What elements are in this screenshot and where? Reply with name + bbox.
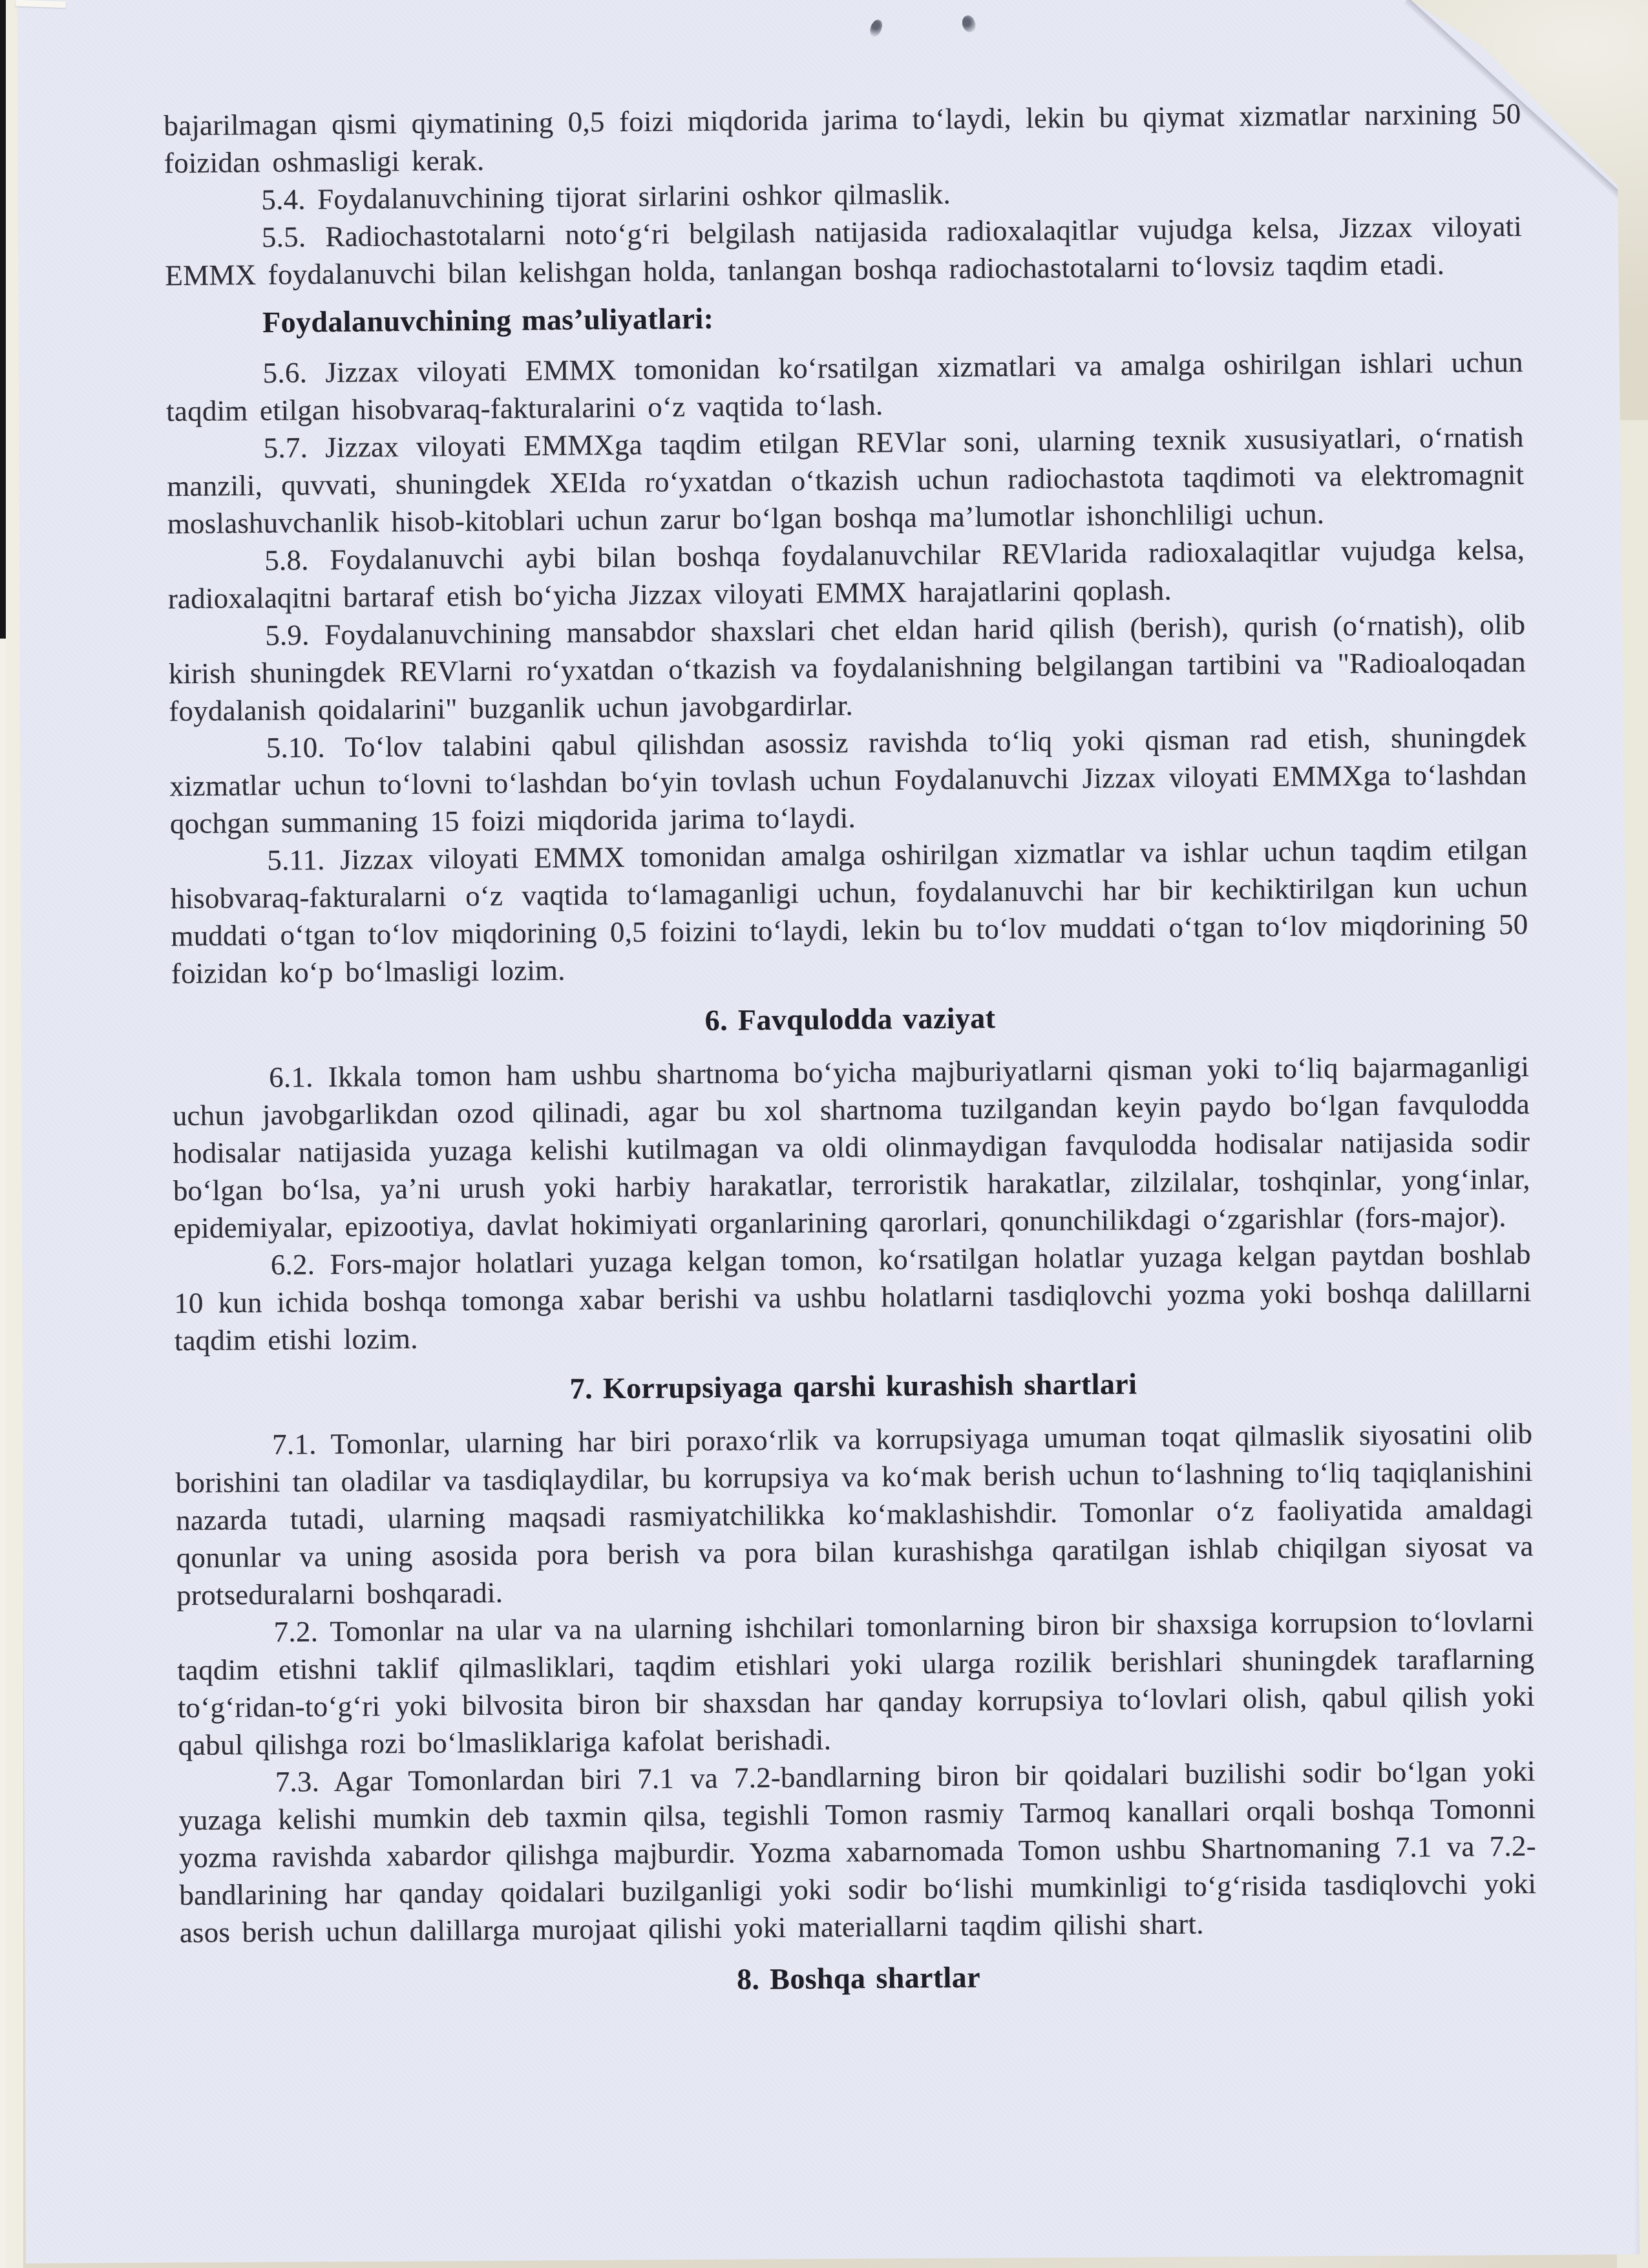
clause-7-2: 7.2. Tomonlar na ular va na ularning ish… <box>176 1602 1535 1764</box>
heading-user-responsibilities: Foydalanuvchining mas’uliyatlari: <box>165 293 1523 342</box>
clause-6-1: 6.1. Ikkala tomon ham ushbu shartnoma bo… <box>172 1048 1530 1247</box>
clause-5-11: 5.11. Jizzax viloyati EMMX tomonidan ama… <box>170 831 1528 992</box>
scanner-edge-strip <box>0 0 6 639</box>
clause-6-2: 6.2. Fors-major holatlari yuzaga kelgan … <box>174 1235 1532 1359</box>
clause-5-3-continuation: bajarilmagan qismi qiymatining 0,5 foizi… <box>164 95 1521 182</box>
clause-5-10: 5.10. To‘lov talabini qabul qilishdan as… <box>169 718 1527 842</box>
scanner-edge-strip-lower <box>0 639 6 2268</box>
clause-5-5: 5.5. Radiochastotalarni noto‘g‘ri belgil… <box>165 207 1523 294</box>
clause-5-9: 5.9. Foydalanuvchining mansabdor shaxsla… <box>168 606 1526 730</box>
clause-7-3: 7.3. Agar Tomonlardan biri 7.1 va 7.2-ba… <box>178 1752 1537 1951</box>
heading-section-7: 7. Korrupsiyaga qarshi kurashish shartla… <box>174 1362 1532 1411</box>
clause-5-7: 5.7. Jizzax viloyati EMMXga taqdim etilg… <box>166 418 1524 542</box>
heading-section-6: 6. Favqulodda vaziyat <box>171 995 1528 1044</box>
clause-7-1: 7.1. Tomonlar, ularning har biri poraxo‘… <box>175 1415 1534 1614</box>
clause-5-8: 5.8. Foydalanuvchi aybi bilan boshqa foy… <box>167 531 1525 617</box>
contract-text-block: bajarilmagan qismi qiymatining 0,5 foizi… <box>164 95 1537 2019</box>
clause-5-6: 5.6. Jizzax viloyati EMMX tomonidan ko‘r… <box>165 343 1523 430</box>
heading-section-8: 8. Boshqa shartlar <box>180 1954 1537 2003</box>
